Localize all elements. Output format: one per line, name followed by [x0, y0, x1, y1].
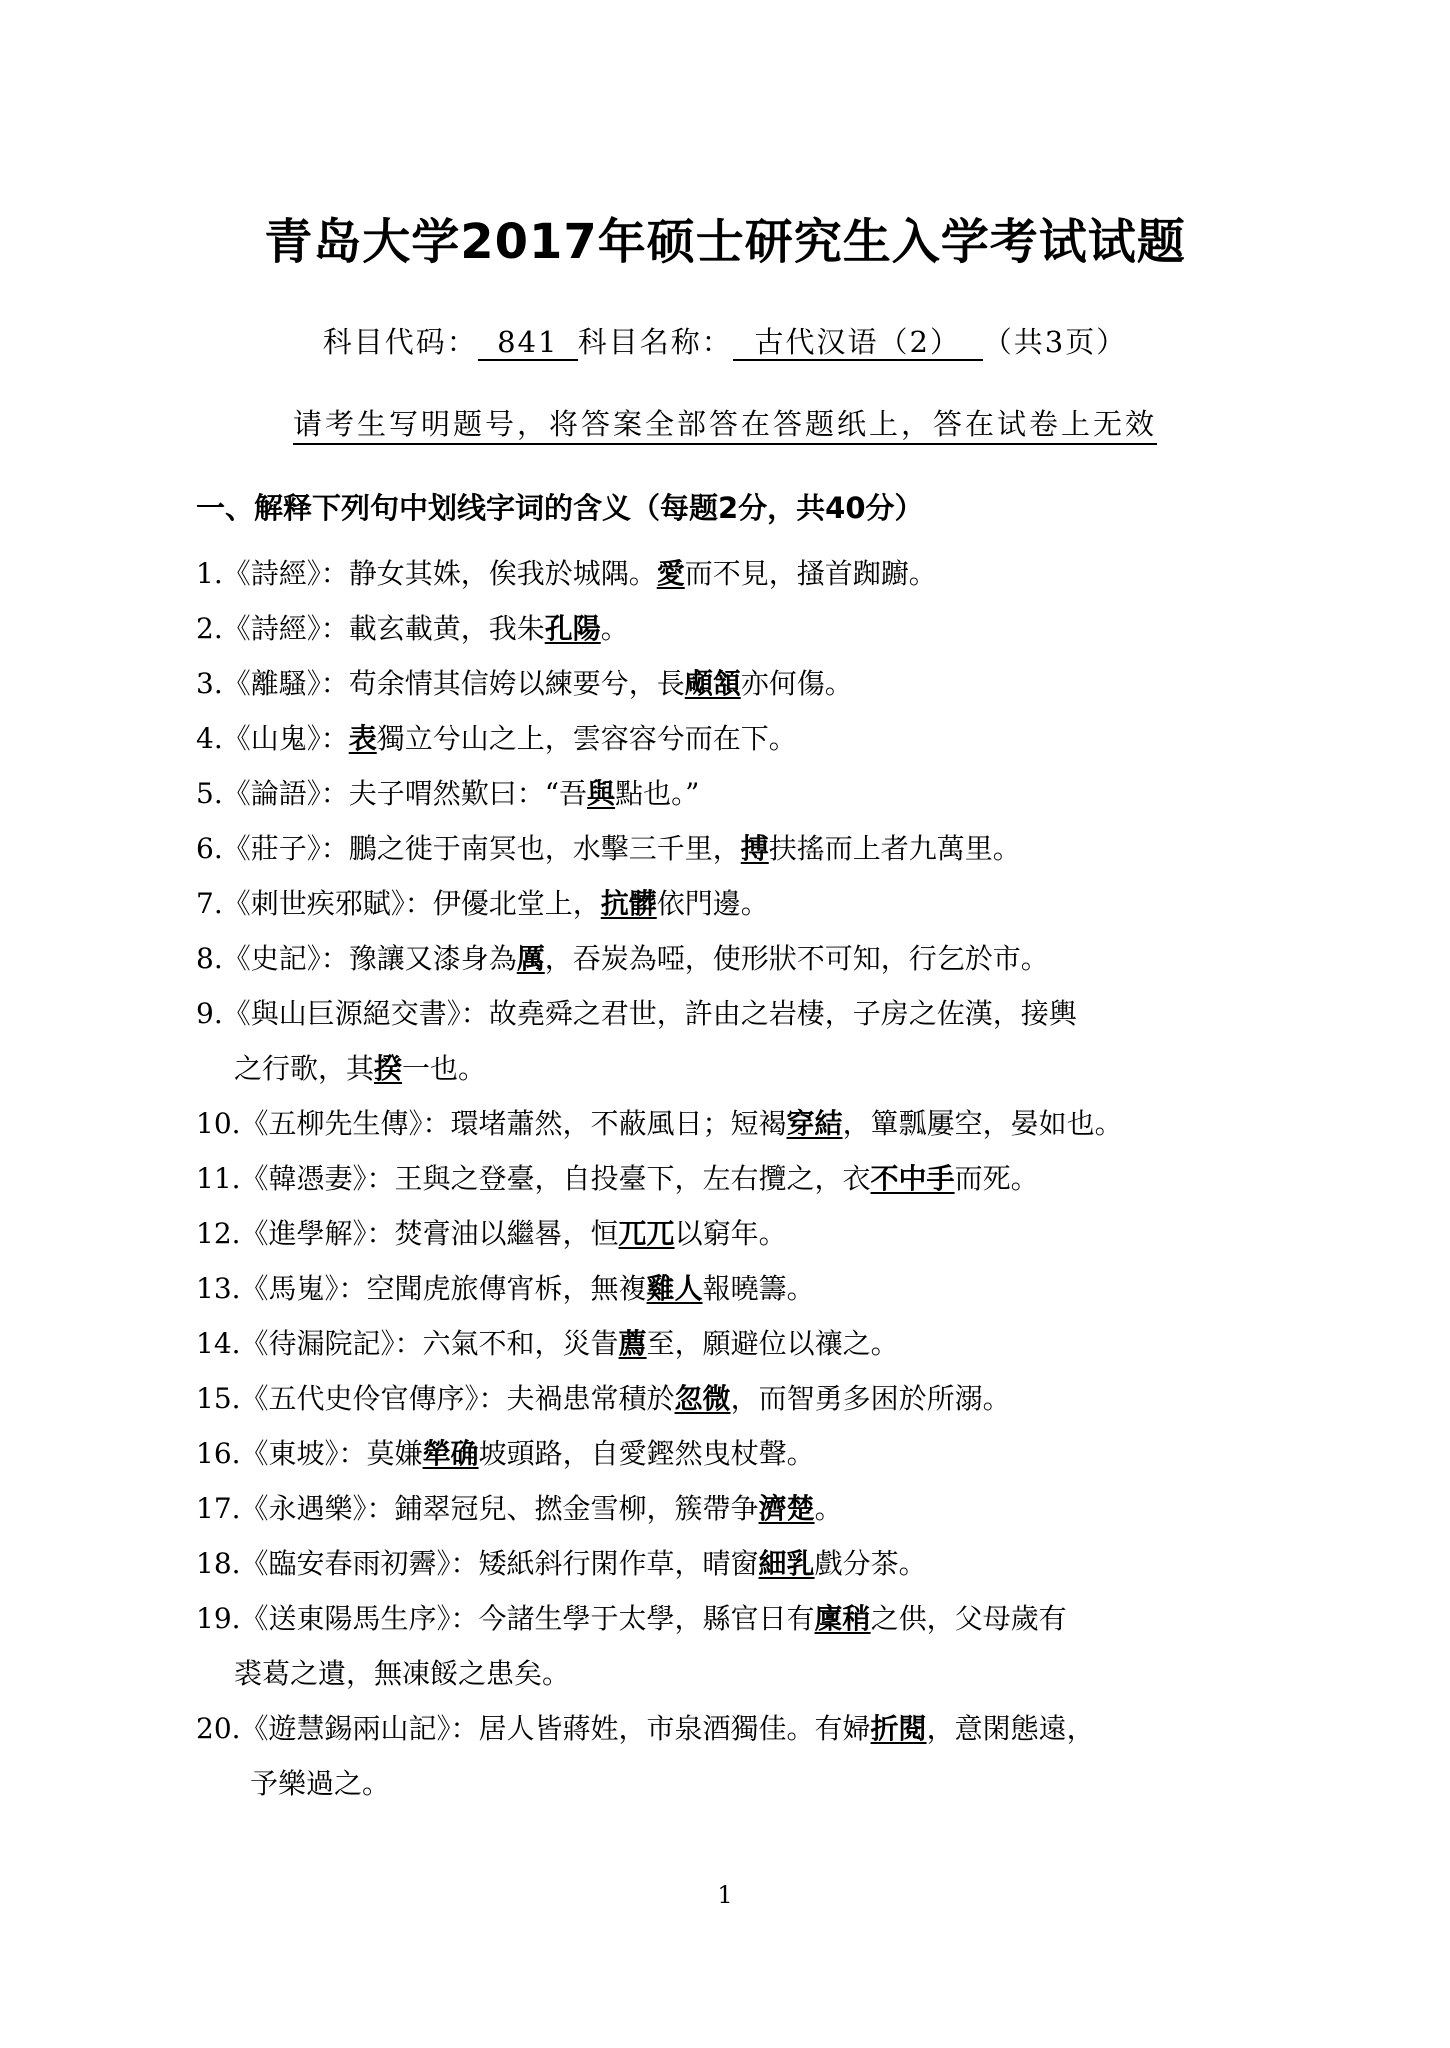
question-text: 《莊子》：鵬之徙于南冥也，水擊三千里，: [223, 832, 741, 865]
question-number: 3.: [196, 667, 223, 700]
question-text: 《離騷》：苟余情其信姱以練要兮，長: [223, 667, 685, 700]
question-number: 4.: [196, 722, 223, 755]
question-item: 4.《山鬼》：表獨立兮山之上，雲容容兮而在下。: [196, 711, 1296, 766]
underlined-term: 與: [587, 777, 615, 810]
notice-text: 请考生写明题号，将答案全部答在答题纸上，答在试卷上无效: [293, 407, 1157, 445]
question-text: 《馬嵬》：空聞虎旅傳宵柝，無複: [241, 1272, 647, 1305]
question-number: 14.: [196, 1327, 241, 1360]
question-text: 之供，父母歲有: [871, 1602, 1067, 1635]
question-text: 《送東陽馬生序》：今諸生學于太學，縣官日有: [241, 1602, 815, 1635]
question-item: 11.《韓憑妻》：王與之登臺，自投臺下，左右攬之，衣不中手而死。: [196, 1151, 1296, 1206]
question-text: 獨立兮山之上，雲容容兮而在下。: [377, 722, 797, 755]
section-heading: 一、解释下列句中划线字词的含义（每题2分，共40分）: [196, 488, 924, 528]
question-list: 1.《詩經》：静女其姝，俟我於城隅。愛而不見，搔首踟躕。 2.《詩經》：載玄載黄…: [196, 546, 1296, 1811]
question-item: 13.《馬嵬》：空聞虎旅傳宵柝，無複雞人報曉籌。: [196, 1261, 1296, 1316]
exam-notice: 请考生写明题号，将答案全部答在答题纸上，答在试卷上无效: [0, 404, 1450, 444]
question-text: 報曉籌。: [703, 1272, 815, 1305]
underlined-term: 細乳: [759, 1547, 815, 1580]
question-item: 2.《詩經》：載玄載黄，我朱孔陽。: [196, 601, 1296, 656]
question-text: 《刺世疾邪賦》：伊優北堂上，: [223, 887, 601, 920]
underlined-term: 搏: [741, 832, 769, 865]
question-continuation: 予樂過之。: [196, 1756, 1296, 1811]
question-item: 20.《遊慧錫兩山記》：居人皆蔣姓，市泉酒獨佳。有婦折閱，意閑態遠，: [196, 1701, 1296, 1756]
question-number: 6.: [196, 832, 223, 865]
question-text: 。: [815, 1492, 843, 1525]
question-item: 14.《待漏院記》：六氣不和，災眚薦至，願避位以禳之。: [196, 1316, 1296, 1371]
question-item: 17.《永遇樂》：鋪翠冠兒、撚金雪柳，簇帶争濟楚。: [196, 1481, 1296, 1536]
question-number: 11.: [196, 1162, 241, 1195]
question-text: ，吞炭為啞，使形狀不可知，行乞於市。: [545, 942, 1049, 975]
exam-page: 青岛大学2017年硕士研究生入学考试试题 科目代码：841科目名称：古代汉语（2…: [0, 0, 1450, 2048]
question-item: 1.《詩經》：静女其姝，俟我於城隅。愛而不見，搔首踟躕。: [196, 546, 1296, 601]
underlined-term: 穿結: [787, 1107, 843, 1140]
question-number: 1.: [196, 557, 223, 590]
question-text: 《山鬼》：: [223, 722, 349, 755]
underlined-term: 表: [349, 722, 377, 755]
question-number: 20.: [196, 1712, 241, 1745]
question-text: 之行歌，其: [234, 1052, 374, 1085]
question-text: 戲分茶。: [815, 1547, 927, 1580]
underlined-term: 愛: [657, 557, 685, 590]
question-number: 9.: [196, 997, 223, 1030]
underlined-term: 兀兀: [619, 1217, 675, 1250]
question-text: 《永遇樂》：鋪翠冠兒、撚金雪柳，簇帶争: [241, 1492, 759, 1525]
page-count: （共3页）: [983, 325, 1127, 359]
subject-code: 841: [478, 325, 578, 361]
question-item: 8.《史記》：豫讓又漆身為厲，吞炭為啞，使形狀不可知，行乞於市。: [196, 931, 1296, 986]
question-text: ，簞瓢屢空，晏如也。: [843, 1107, 1123, 1140]
question-number: 19.: [196, 1602, 241, 1635]
question-text: 坡頭路，自愛鏗然曳杖聲。: [479, 1437, 815, 1470]
question-item: 3.《離騷》：苟余情其信姱以練要兮，長顑頷亦何傷。: [196, 656, 1296, 711]
question-item: 19.《送東陽馬生序》：今諸生學于太學，縣官日有廩稍之供，父母歲有: [196, 1591, 1296, 1646]
question-text: 而不見，搔首踟躕。: [685, 557, 937, 590]
question-number: 18.: [196, 1547, 241, 1580]
underlined-term: 抗髒: [601, 887, 657, 920]
question-text: 。: [601, 612, 629, 645]
question-text: 《詩經》：静女其姝，俟我於城隅。: [223, 557, 657, 590]
question-number: 15.: [196, 1382, 241, 1415]
question-number: 7.: [196, 887, 223, 920]
question-text: 扶搖而上者九萬里。: [769, 832, 1021, 865]
underlined-term: 揆: [374, 1052, 402, 1085]
question-text: 依門邊。: [657, 887, 769, 920]
underlined-term: 忽微: [675, 1382, 731, 1415]
subject-name-label: 科目名称：: [578, 325, 733, 359]
question-text: 裘葛之遺，無凍餒之患矣。: [234, 1657, 570, 1690]
underlined-term: 顑頷: [685, 667, 741, 700]
question-text: 《臨安春雨初霽》：矮紙斜行閑作草，晴窗: [241, 1547, 759, 1580]
question-number: 10.: [196, 1107, 241, 1140]
question-number: 2.: [196, 612, 223, 645]
question-text: 亦何傷。: [741, 667, 853, 700]
question-number: 17.: [196, 1492, 241, 1525]
question-text: 《東坡》：莫嫌: [241, 1437, 423, 1470]
subject-info: 科目代码：841科目名称：古代汉语（2）（共3页）: [0, 322, 1450, 362]
question-text: 《論語》：夫子喟然歎曰：“吾: [223, 777, 587, 810]
question-text: 《待漏院記》：六氣不和，災眚: [241, 1327, 619, 1360]
question-item: 10.《五柳先生傳》：環堵蕭然，不蔽風日；短褐穿結，簞瓢屢空，晏如也。: [196, 1096, 1296, 1151]
question-text: 點也。”: [615, 777, 699, 810]
question-text: 予樂過之。: [250, 1767, 390, 1800]
question-text: ，意閑態遠，: [927, 1712, 1095, 1745]
question-text: 《與山巨源絕交書》：故堯舜之君世，許由之岩棲，子房之佐漢，接輿: [223, 997, 1077, 1030]
question-continuation: 裘葛之遺，無凍餒之患矣。: [196, 1646, 1296, 1701]
underlined-term: 薦: [619, 1327, 647, 1360]
question-number: 13.: [196, 1272, 241, 1305]
question-item: 16.《東坡》：莫嫌犖确坡頭路，自愛鏗然曳杖聲。: [196, 1426, 1296, 1481]
page-title: 青岛大学2017年硕士研究生入学考试试题: [0, 212, 1450, 272]
underlined-term: 廩稍: [815, 1602, 871, 1635]
question-text: 《韓憑妻》：王與之登臺，自投臺下，左右攬之，衣: [241, 1162, 871, 1195]
underlined-term: 雞人: [647, 1272, 703, 1305]
underlined-term: 孔陽: [545, 612, 601, 645]
question-text: 《五柳先生傳》：環堵蕭然，不蔽風日；短褐: [241, 1107, 787, 1140]
question-item: 7.《刺世疾邪賦》：伊優北堂上，抗髒依門邊。: [196, 876, 1296, 931]
question-item: 15.《五代史伶官傳序》：夫禍患常積於忽微，而智勇多困於所溺。: [196, 1371, 1296, 1426]
question-item: 9.《與山巨源絕交書》：故堯舜之君世，許由之岩棲，子房之佐漢，接輿: [196, 986, 1296, 1041]
underlined-term: 濟楚: [759, 1492, 815, 1525]
question-text: ，而智勇多困於所溺。: [731, 1382, 1011, 1415]
question-text: 《詩經》：載玄載黄，我朱: [223, 612, 545, 645]
underlined-term: 厲: [517, 942, 545, 975]
subject-name: 古代汉语（2）: [733, 325, 983, 361]
question-number: 16.: [196, 1437, 241, 1470]
question-text: 至，願避位以禳之。: [647, 1327, 899, 1360]
underlined-term: 犖确: [423, 1437, 479, 1470]
question-text: 《進學解》：焚膏油以繼晷，恒: [241, 1217, 619, 1250]
page-number: 1: [0, 1880, 1450, 1910]
question-number: 5.: [196, 777, 223, 810]
question-number: 8.: [196, 942, 223, 975]
underlined-term: 不中手: [871, 1162, 955, 1195]
subject-code-label: 科目代码：: [323, 325, 478, 359]
question-text: 一也。: [402, 1052, 486, 1085]
underlined-term: 折閱: [871, 1712, 927, 1745]
question-text: 以窮年。: [675, 1217, 787, 1250]
question-item: 18.《臨安春雨初霽》：矮紙斜行閑作草，晴窗細乳戲分茶。: [196, 1536, 1296, 1591]
question-item: 12.《進學解》：焚膏油以繼晷，恒兀兀以窮年。: [196, 1206, 1296, 1261]
question-item: 6.《莊子》：鵬之徙于南冥也，水擊三千里，搏扶搖而上者九萬里。: [196, 821, 1296, 876]
question-text: 《遊慧錫兩山記》：居人皆蔣姓，市泉酒獨佳。有婦: [241, 1712, 871, 1745]
question-item: 5.《論語》：夫子喟然歎曰：“吾與點也。”: [196, 766, 1296, 821]
question-text: 而死。: [955, 1162, 1039, 1195]
question-text: 《史記》：豫讓又漆身為: [223, 942, 517, 975]
question-text: 《五代史伶官傳序》：夫禍患常積於: [241, 1382, 675, 1415]
question-number: 12.: [196, 1217, 241, 1250]
question-continuation: 之行歌，其揆一也。: [196, 1041, 1296, 1096]
